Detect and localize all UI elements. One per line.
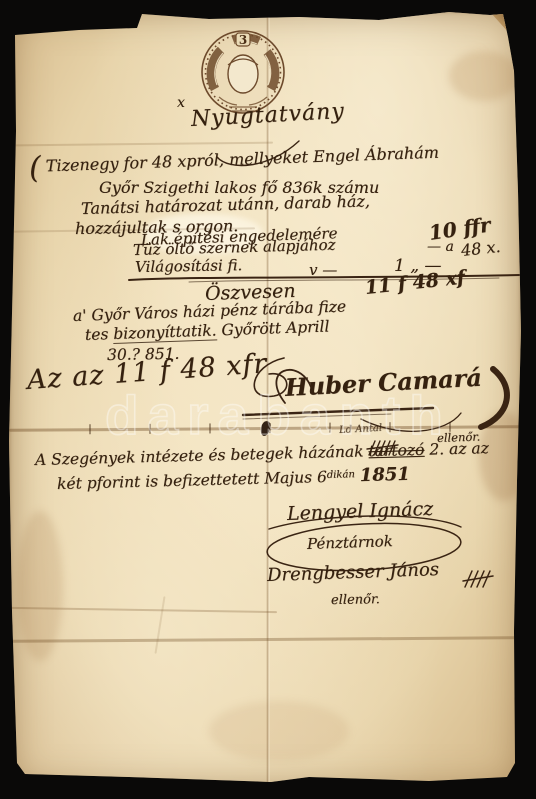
body-line: két pforint is befizettetett Majus 6diká… xyxy=(57,464,410,494)
paper-sheet: 3 x Nyugtatvány ( Tizenegy for 48 xpról,… xyxy=(9,11,521,789)
auction-watermark: darabanth xyxy=(105,383,452,447)
stain xyxy=(209,701,349,761)
superscript-date: dikán xyxy=(327,469,355,481)
mp-hatch-mark xyxy=(461,569,495,589)
document-photo: 3 x Nyugtatvány ( Tizenegy for 48 xpról,… xyxy=(0,0,536,799)
corner-mark: x xyxy=(177,95,185,111)
opening-flourish: ( xyxy=(28,151,41,186)
crease xyxy=(9,636,521,643)
corner-fold xyxy=(491,13,509,33)
fee-sep: — a xyxy=(427,239,454,255)
svg-text:3: 3 xyxy=(239,33,247,47)
stain xyxy=(449,51,519,101)
year: 1851 xyxy=(360,464,411,486)
total-amount: 11 f 48 xf xyxy=(364,267,466,299)
underlined-word: bizonyíttatik. xyxy=(113,321,217,344)
crease xyxy=(154,596,165,654)
signature-role: Pénztárnok xyxy=(307,532,393,553)
fee-amount: 48 x. xyxy=(460,237,501,260)
signature-role: ellenőr. xyxy=(331,592,380,608)
